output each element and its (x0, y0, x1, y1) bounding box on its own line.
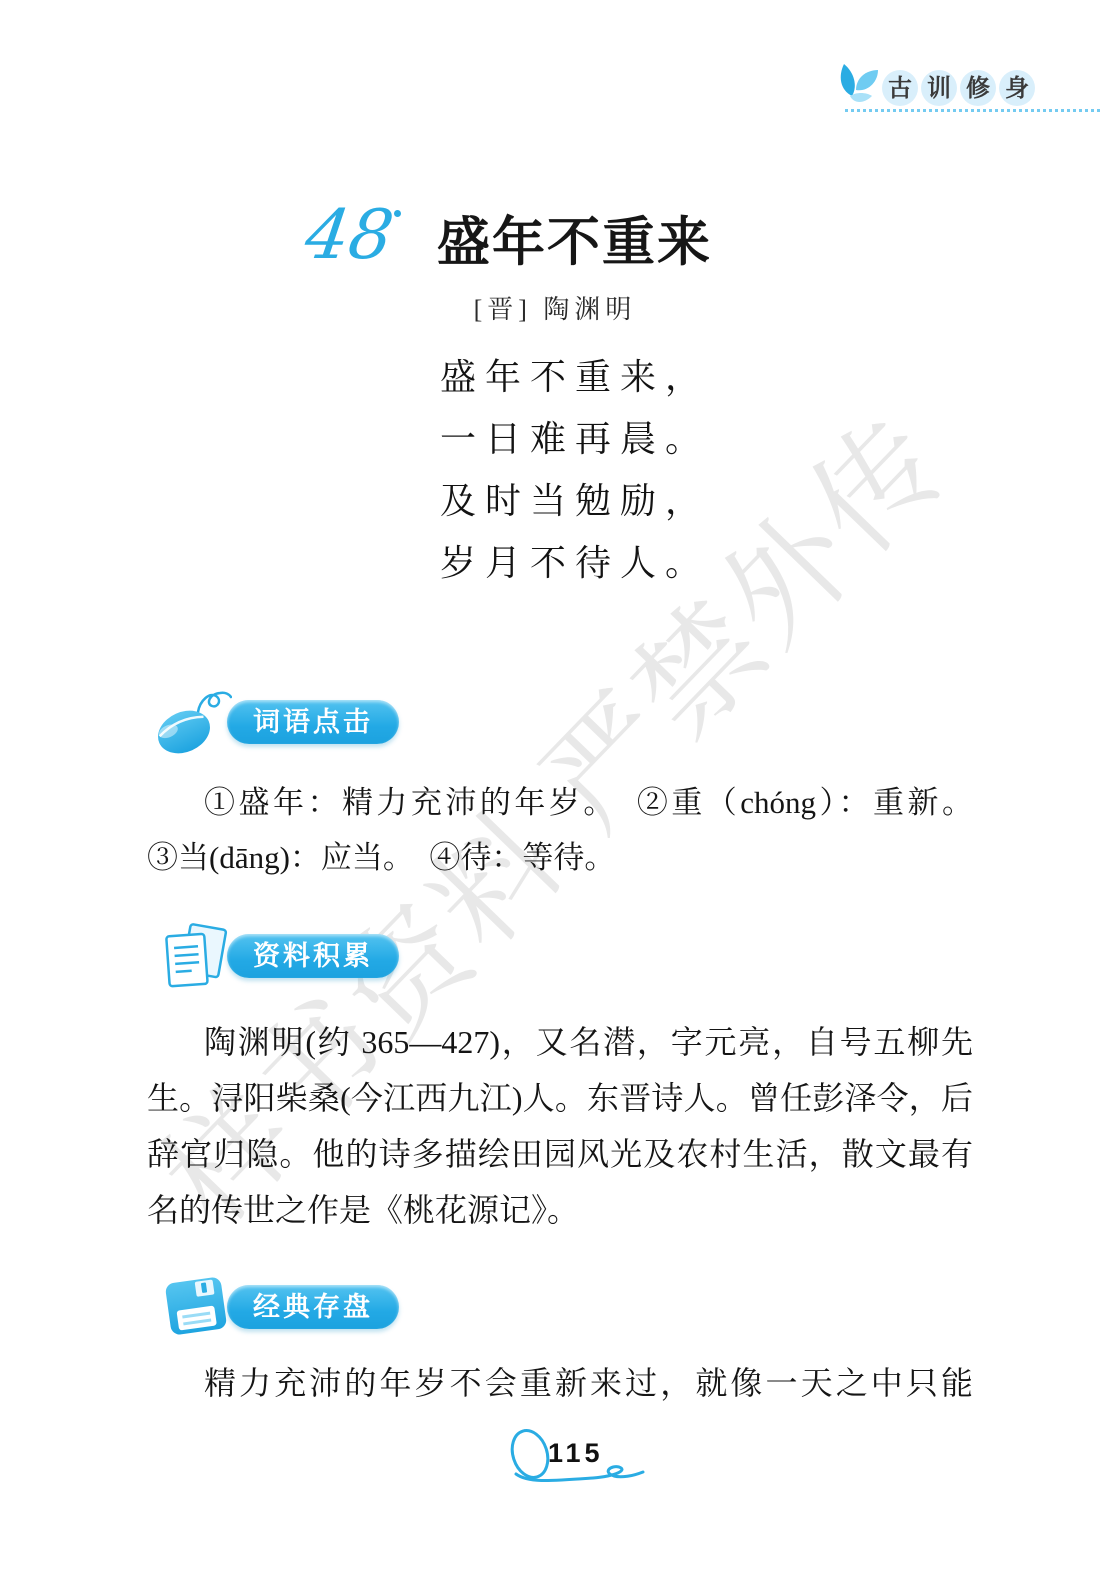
poem-line: 盛年不重来， (440, 346, 710, 408)
textbook-page: 样书资料 严禁外传 古 训 修 身 48 盛年不重来 [晋] 陶渊明 盛年不重来… (0, 0, 1110, 1571)
word-note-line: ①盛年：精力充沛的年岁。 ②重（chóng）：重新。 (147, 775, 973, 830)
leaf-logo-icon (834, 62, 882, 106)
section-badge-words: 词语点击 (227, 700, 399, 744)
word-note-line: ③当(dāng)：应当。 ④待：等待。 (147, 830, 973, 885)
poem-line: 及时当勉励， (440, 470, 710, 532)
poem-line: 岁月不待人。 (440, 532, 710, 594)
section-badge-classic: 经典存盘 (227, 1285, 399, 1329)
page-number: 115 (548, 1438, 604, 1469)
lesson-number-flourish (394, 210, 401, 217)
series-char: 古 (882, 70, 918, 106)
series-char: 修 (960, 70, 996, 106)
biography: 陶渊明(约 365—427)，又名潜，字元亮，自号五柳先 生。浔阳柴桑(今江西九… (147, 1014, 973, 1238)
translation-line: 精力充沛的年岁不会重新来过，就像一天之中只能 (147, 1357, 973, 1409)
poem: 盛年不重来， 一日难再晨。 及时当勉励， 岁月不待人。 (440, 346, 710, 594)
word-notes: ①盛年：精力充沛的年岁。 ②重（chóng）：重新。 ③当(dāng)：应当。 … (147, 775, 973, 885)
mouse-icon (154, 688, 232, 763)
biography-line: 生。浔阳柴桑(今江西九江)人。东晋诗人。曾任彭泽令，后 (147, 1070, 973, 1126)
lesson-number: 48 (300, 196, 398, 275)
section-badge-materials: 资料积累 (227, 934, 399, 978)
translation: 精力充沛的年岁不会重新来过，就像一天之中只能 (147, 1357, 973, 1409)
author-line: [晋] 陶渊明 (143, 289, 967, 326)
biography-line: 陶渊明(约 365—427)，又名潜，字元亮，自号五柳先 (147, 1014, 973, 1070)
biography-line: 辞官归隐。他的诗多描绘田园风光及农村生活，散文最有 (147, 1126, 973, 1182)
poem-line: 一日难再晨。 (440, 408, 710, 470)
series-char: 身 (999, 70, 1035, 106)
series-char: 训 (921, 70, 957, 106)
floppy-disk-icon (158, 1272, 234, 1345)
documents-icon (158, 923, 234, 998)
biography-line: 名的传世之作是《桃花源记》。 (147, 1182, 973, 1238)
header-dotted-rule (845, 109, 1100, 112)
series-title: 古 训 修 身 (882, 70, 1035, 106)
lesson-title: 盛年不重来 (437, 200, 712, 276)
